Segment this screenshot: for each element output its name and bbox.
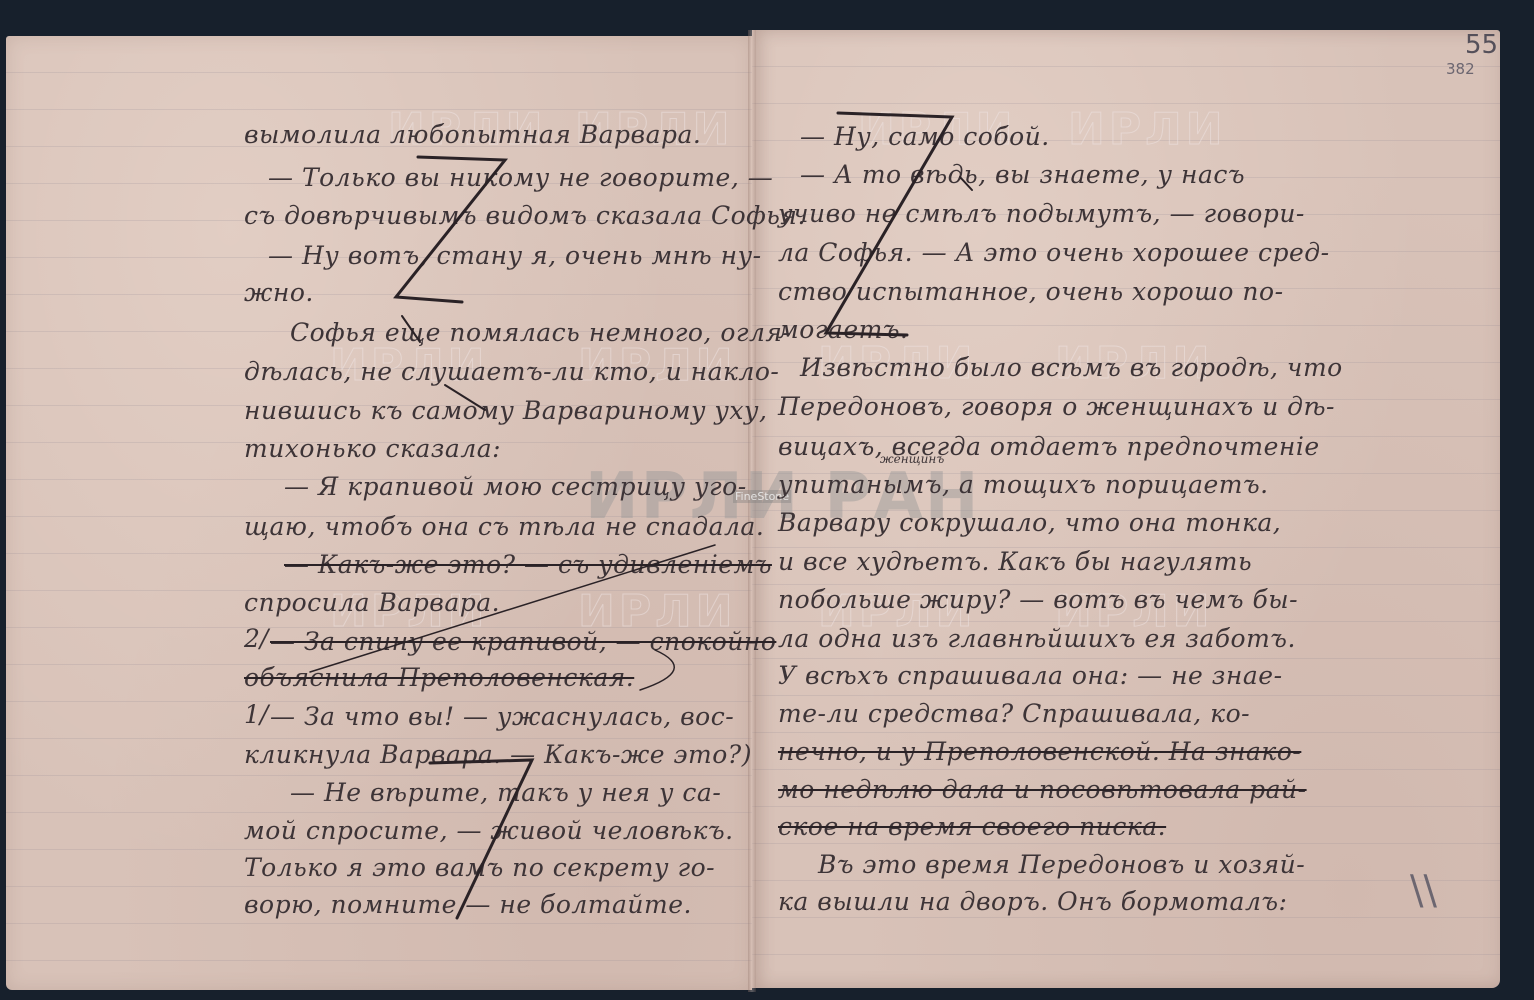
editorial-strike-marks	[0, 0, 1534, 1000]
